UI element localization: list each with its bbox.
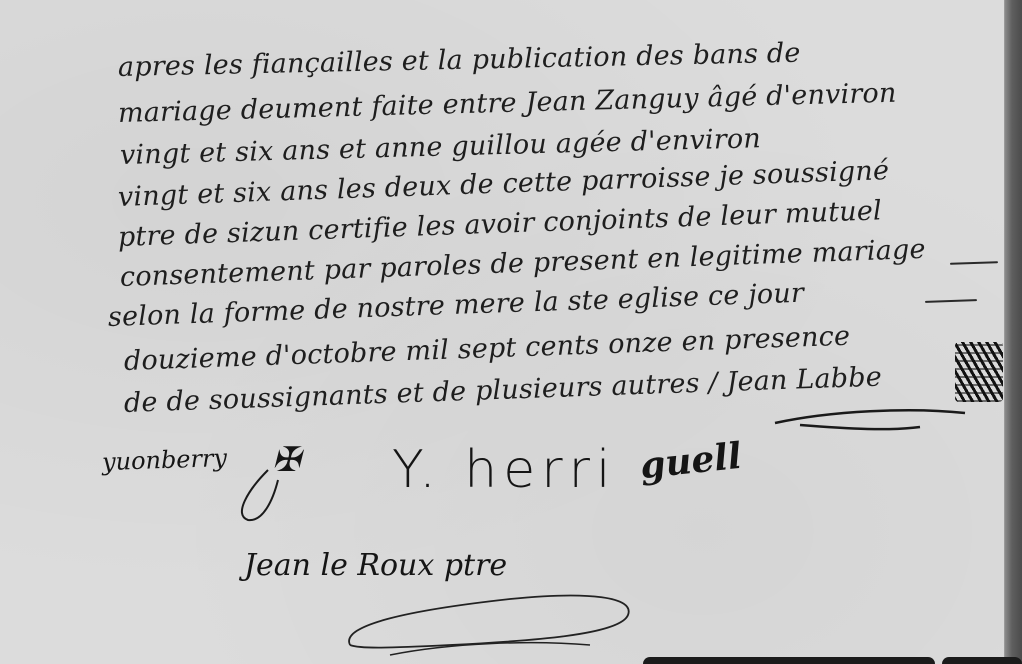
viewer-toolbar-segment-left[interactable]	[643, 657, 935, 664]
signature-priest-jean-le-roux: Jean le Roux ptre	[244, 548, 507, 583]
record-line-1: apres les fiançailles et la publication …	[118, 38, 801, 83]
priest-signature-flourish	[330, 585, 640, 660]
signature-guell: guell	[638, 435, 743, 487]
signature-yuonberry: yuonberry	[102, 444, 228, 476]
signature-y-herri: Y. herri	[392, 440, 616, 500]
witness-mark-crosshatch	[955, 342, 1003, 402]
record-line-2: mariage deument faite entre Jean Zanguy …	[118, 78, 897, 129]
page-binding-edge	[1004, 0, 1022, 664]
line-filler-dash	[925, 299, 977, 303]
signature-loop	[228, 460, 298, 530]
viewer-toolbar-segment-right[interactable]	[942, 657, 1022, 664]
signature-flourish	[770, 405, 970, 435]
handwritten-record: apres les fiançailles et la publication …	[0, 0, 1004, 664]
line-filler-dash	[950, 261, 998, 265]
